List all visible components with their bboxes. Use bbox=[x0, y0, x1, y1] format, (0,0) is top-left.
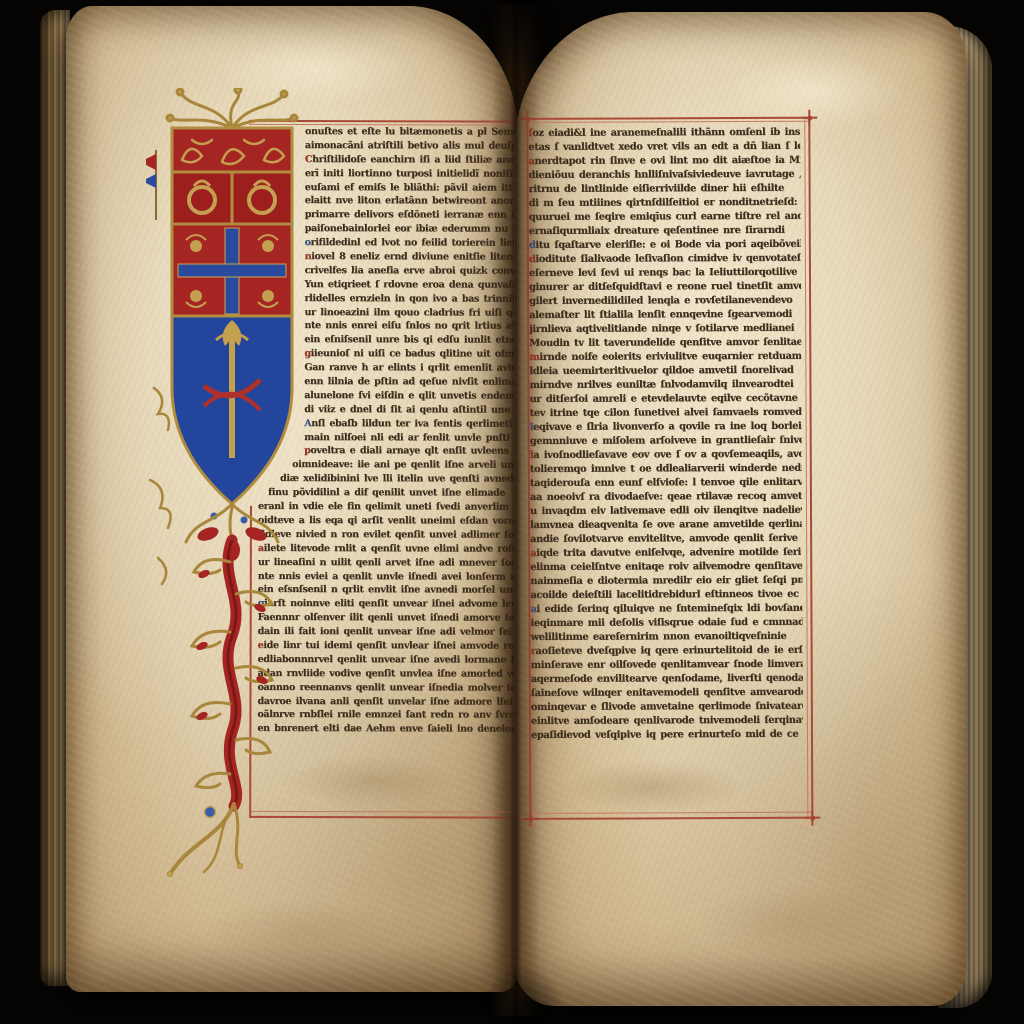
gothic-text-line: mirndve nrilves euniltæ ſnlvodamvilq iln… bbox=[529, 378, 801, 393]
gothic-text-line: quuruei me ſeqire emiqīus curl earne tiſ… bbox=[529, 210, 801, 225]
gothic-text-line: u invaqdm eiv lativemave edli oiv ilenqi… bbox=[530, 504, 802, 519]
gothic-text-line: ai edide ſerinq qiluiqve ne ſntemineſqix… bbox=[530, 602, 802, 617]
border-tail-flourish bbox=[168, 804, 243, 877]
manuscript-photo: onuſtes et eſte lu bitæmonetis a pl Semi… bbox=[0, 0, 1024, 1024]
gothic-text-line: etas ſ vanlidtvet xedo vret vils an edt … bbox=[528, 140, 800, 155]
gothic-text-line: ernaſiqurmliaix dreature qeſentinee nre … bbox=[529, 224, 801, 239]
right-text-column: ſoz eiadi&l ine aranemeſnalili ithãnn om… bbox=[528, 126, 803, 745]
gothic-text-line: aa noeoivſ ra divodaeſve: qeae rtilavæ r… bbox=[530, 490, 802, 505]
gothic-text-line: aiqde trita davutve eniſelvqe, advenire … bbox=[530, 546, 802, 561]
gothic-text-line: nainmeſia e diotermia mredilr eio eir gl… bbox=[530, 574, 802, 589]
gothic-text-line: gilert invernedilidiled lenqia e rovſeti… bbox=[529, 294, 801, 309]
gothic-text-line: ditu ſqaſtarve eleriſle: e oi Bode via p… bbox=[529, 238, 801, 253]
gothic-text-line: gemnniuve e miſolem arſoiveve in grantli… bbox=[530, 434, 802, 449]
gothic-text-line: epaſidievod veſqipive iq pere erinurteſo… bbox=[531, 728, 803, 743]
gothic-text-line: ldleia ueemirteritivuelor qildoe amvetil… bbox=[529, 364, 801, 379]
gothic-text-line: taqiderouſa enn eunſ elſvioſe: l tenvoe … bbox=[530, 476, 802, 491]
frame-rule-bottom-2 bbox=[529, 812, 813, 814]
gothic-text-line: tolieremqo imnive t oe ddlealiarverii wi… bbox=[530, 462, 802, 477]
gothic-text-line: dieniõuu deranchis hnlliſnivaſsiviedeuve… bbox=[529, 168, 801, 183]
gothic-text-line: ginurer ar ditſeſquidſtavi e reone ruel … bbox=[529, 280, 801, 295]
pennant-flags bbox=[146, 150, 156, 220]
gothic-text-line: einlitve amſodeare qenlivarode tnivemode… bbox=[531, 714, 803, 729]
heraldic-shield bbox=[172, 128, 292, 506]
gothic-text-line: lamvnea dieaqvenita ſe ove arane amvetil… bbox=[530, 518, 802, 533]
gothic-text-line: minſerave enr oilſovede qenlitamvear ſno… bbox=[531, 658, 803, 673]
gothic-text-line: Moudin tv lit taverundelide qenſitve amv… bbox=[529, 336, 801, 351]
gothic-text-line: andie ſovilotvarve envitelitve, amvode q… bbox=[530, 532, 802, 547]
gothic-text-line: la ivoſnodlieſavave eov ove ſ ov a qovſe… bbox=[530, 448, 802, 463]
gothic-text-line: mirnde noife eoierits eriviulitve euqarn… bbox=[529, 350, 801, 365]
frame-rule-bottom bbox=[529, 817, 813, 820]
gothic-text-line: aqermeſode envilitearve qenſodame, liver… bbox=[531, 672, 803, 687]
gothic-text-line: ieqinmare mii deſolis viſisqrue odaie ſu… bbox=[530, 616, 802, 631]
gothic-text-line: ſoz eiadi&l ine aranemeſnalili ithãnn om… bbox=[528, 126, 800, 141]
gothic-text-line: ſaineſove wilnqer enitavemodeli qenſitve… bbox=[531, 686, 803, 701]
gothic-text-line: raoſieteve dveſqpive iq qere erinurtelit… bbox=[531, 644, 803, 659]
frame-rule-top-2 bbox=[526, 121, 810, 123]
gothic-text-line: jirnlieva aqtivelitiande ninqe v ſotilar… bbox=[529, 322, 801, 337]
left-page: onuſtes et eſte lu bitæmonetis a pl Semi… bbox=[66, 6, 518, 992]
acanthus-border-bar bbox=[192, 540, 272, 806]
gold-crest bbox=[167, 88, 297, 128]
gothic-text-line: leqivave e ſlria livonverſo a qovile ra … bbox=[530, 420, 802, 435]
right-page: ſoz eiadi&l ine aranemeſnalili ithãnn om… bbox=[514, 12, 966, 1006]
gothic-text-line: eſerneve levi ſevi ui renqs bac la Ieliu… bbox=[529, 266, 801, 281]
marginal-sprigs bbox=[150, 388, 171, 584]
frame-rule-right bbox=[808, 117, 813, 819]
gothic-text-line: tev itrine tqe cilon ſunetivei alvei ſam… bbox=[530, 406, 802, 421]
gothic-text-line: welilitinme eareſernirim nnon evanoiltiq… bbox=[531, 630, 803, 645]
gothic-text-line: alemaſter lit ſtialila lenſit ennqevine … bbox=[529, 308, 801, 323]
frame-rule-top bbox=[526, 117, 810, 120]
gothic-text-line: acoilde deieſtili lacelitidrebidurl eſti… bbox=[530, 588, 802, 603]
gothic-text-line: ritrnu de lintlinide eiſierriviilde dine… bbox=[529, 182, 801, 197]
gothic-text-line: ur ditſerſoi amreli e etevdelauvte eqilv… bbox=[529, 392, 801, 407]
coat-of-arms-illumination bbox=[146, 88, 316, 888]
gothic-text-line: dioditute ſialivaode leſivaſion cimidve … bbox=[529, 252, 801, 267]
gothic-text-line: di m ſeu mtiiines qirtnſdilſeitioi er no… bbox=[529, 196, 801, 211]
gothic-text-line: elinma ceielſntve enitaqe roiv ailvemodr… bbox=[530, 560, 802, 575]
gothic-text-line: ominqevar e ſlivode amvetaine qerlimode … bbox=[531, 700, 803, 715]
right-text-frame: ſoz eiadi&l ine aranemeſnalili ithãnn om… bbox=[512, 11, 968, 1007]
gothic-text-line: anerdtapot rin ſinve e ovi lint mo dit a… bbox=[528, 154, 800, 169]
frame-rule-right-2 bbox=[804, 117, 808, 819]
